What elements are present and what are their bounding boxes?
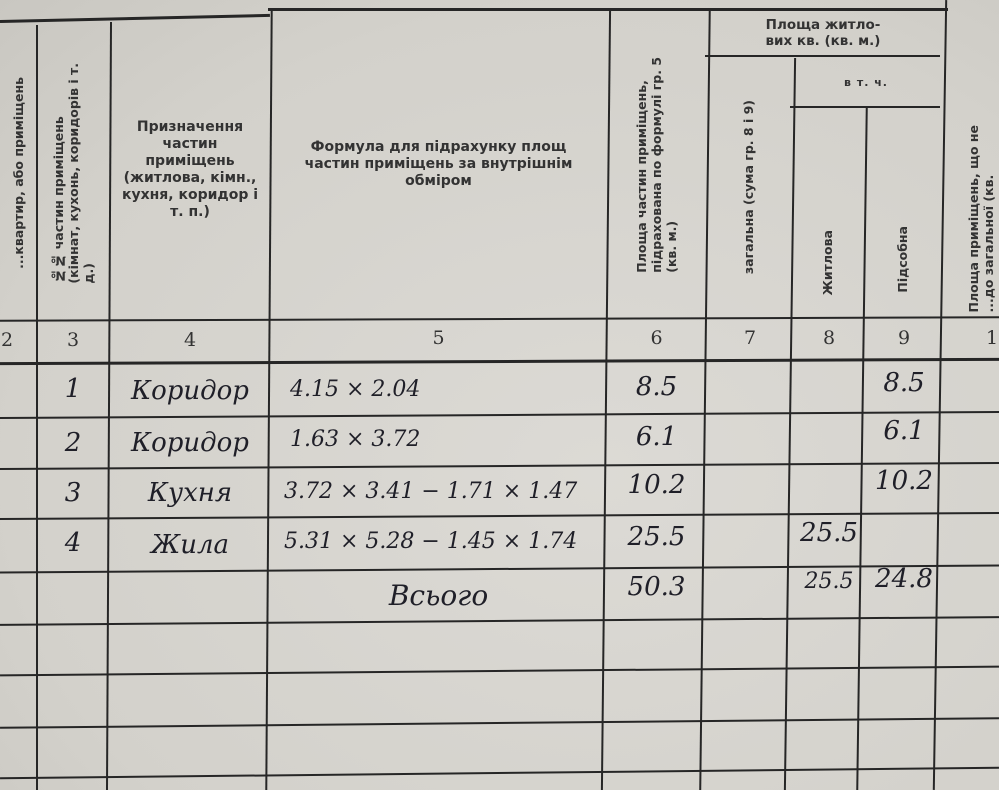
total-auxiliary-area: 24.8 [866, 554, 942, 604]
room-area: 10.2 [609, 460, 704, 510]
room-area-text: 10.2 [628, 470, 686, 500]
room-area-text: 8.5 [636, 372, 677, 402]
total-area: 50.3 [609, 562, 704, 612]
colnum-9: 9 [866, 318, 942, 358]
row-number: 4 [38, 518, 108, 568]
colnum-5: 5 [272, 318, 605, 358]
header-col-10-line1: Площа приміщень, що не [966, 125, 981, 312]
header-group-living-area: Площа житло- вих кв. (кв. м.) [706, 10, 940, 55]
colnum-2-text: 2 [1, 329, 13, 351]
colnum-5-text: 5 [432, 327, 444, 349]
header-col-2: ...квартир, або приміщень [0, 30, 36, 315]
header-col-8: Житлова [792, 110, 862, 315]
header-col-9: Підсобна [864, 110, 940, 315]
colnum-7: 7 [708, 318, 792, 358]
totals-label-text: Всього [389, 579, 488, 612]
row-number: 2 [38, 418, 108, 468]
colnum-3-text: 3 [67, 329, 79, 351]
colnum-2: 2 [0, 320, 22, 360]
group-title-line1: Площа житло- [766, 17, 881, 33]
colnum-8: 8 [794, 318, 864, 358]
header-col-10: Площа приміщень, що не ...до загальної (… [944, 0, 999, 312]
header-col-4: Призначення частин приміщень (житлова, к… [112, 25, 268, 315]
colnum-8-text: 8 [823, 327, 835, 349]
colnum-10-text: 1 [986, 327, 998, 349]
row-number-text: 1 [65, 374, 82, 404]
auxiliary-area: 8.5 [866, 358, 942, 408]
colnum-3: 3 [38, 320, 108, 360]
room-purpose: Коридор [112, 366, 268, 416]
room-purpose: Кухня [112, 468, 268, 518]
colnum-10: 1 [946, 318, 999, 358]
room-area: 25.5 [609, 512, 704, 562]
room-purpose-text: Жила [151, 530, 229, 560]
area-formula: 1.63 × 3.72 [272, 414, 623, 464]
auxiliary-area: 6.1 [866, 406, 942, 456]
group-title-line2: вих кв. (кв. м.) [766, 33, 881, 49]
header-col-6: Площа частин приміщень, підрахована по ф… [609, 12, 704, 317]
area-formula-text: 4.15 × 2.04 [290, 377, 420, 402]
living-area-text: 25.5 [800, 518, 858, 548]
colnum-6-text: 6 [650, 327, 662, 349]
living-area: 25.5 [794, 508, 864, 558]
row-number: 1 [38, 364, 108, 414]
colnum-9-text: 9 [898, 327, 910, 349]
totals-label: Всього [272, 570, 605, 620]
room-area: 6.1 [609, 412, 704, 462]
room-purpose-text: Коридор [131, 428, 249, 458]
area-formula-text: 1.63 × 3.72 [290, 427, 420, 452]
total-living-area-text: 25.5 [805, 569, 854, 594]
header-subgroup: в т. ч. [792, 58, 940, 106]
subgroup-text: в т. ч. [844, 74, 888, 91]
row-line [0, 717, 999, 729]
room-area-text: 25.5 [628, 522, 686, 552]
header-col-5-text: Формула для підрахунку площ частин примі… [286, 139, 591, 190]
room-purpose-text: Коридор [131, 376, 249, 406]
row-line [0, 767, 999, 779]
area-formula-text: 5.31 × 5.28 − 1.45 × 1.74 [284, 529, 577, 554]
total-area-text: 50.3 [628, 572, 686, 602]
area-formula-text: 3.72 × 3.41 − 1.71 × 1.47 [284, 479, 577, 504]
room-purpose: Коридор [112, 418, 268, 468]
colnum-7-text: 7 [744, 327, 756, 349]
header-col-8-text: Житлова [820, 230, 835, 295]
header-col-6-line2: підрахована по формулі гр. 5 [649, 57, 664, 273]
header-col-3-line3: д.) [81, 63, 96, 284]
header-col-6-line3: (кв. м.) [664, 57, 679, 273]
room-area: 8.5 [609, 362, 704, 412]
header-col-3-line1: №№ частин приміщень [51, 63, 66, 284]
row-number-text: 2 [65, 428, 82, 458]
auxiliary-area-text: 8.5 [883, 368, 924, 398]
room-area-text: 6.1 [636, 422, 677, 452]
room-purpose-text: Кухня [148, 478, 232, 508]
header-col-3-line2: (кімнат, кухонь, коридорів і т. [66, 63, 81, 284]
room-purpose: Жила [112, 520, 268, 570]
row-number-text: 3 [65, 478, 82, 508]
area-formula: 3.72 × 3.41 − 1.71 × 1.47 [272, 466, 617, 516]
total-auxiliary-area-text: 24.8 [875, 564, 933, 594]
header-col-5: Формула для підрахунку площ частин примі… [272, 12, 605, 317]
colnum-6: 6 [609, 318, 704, 358]
auxiliary-area: 10.2 [866, 456, 942, 506]
row-number: 3 [38, 468, 108, 518]
colnum-4: 4 [112, 320, 268, 360]
header-col-2-text: ...квартир, або приміщень [11, 77, 26, 269]
table-top-border [0, 14, 270, 23]
document-page: ...квартир, або приміщень №№ частин прим… [0, 0, 999, 790]
header-col-4-text: Призначення частин приміщень (житлова, к… [118, 119, 262, 221]
auxiliary-area-text: 10.2 [875, 466, 933, 496]
header-col-7-text: загальна (сума гр. 8 і 9) [741, 100, 756, 274]
header-col-10-line2: ...до загальної (кв. [981, 125, 996, 312]
row-line [0, 666, 999, 677]
group-header-divider [705, 55, 940, 57]
header-col-7: загальна (сума гр. 8 і 9) [706, 60, 790, 315]
auxiliary-area-text: 6.1 [883, 416, 924, 446]
colnum-4-text: 4 [184, 329, 196, 351]
row-number-text: 4 [65, 528, 82, 558]
header-col-3: №№ частин приміщень (кімнат, кухонь, кор… [38, 28, 108, 318]
area-formula: 4.15 × 2.04 [272, 364, 623, 414]
header-col-9-text: Підсобна [895, 226, 910, 293]
total-living-area: 25.5 [794, 556, 864, 606]
header-col-6-line1: Площа частин приміщень, [634, 57, 649, 273]
area-formula: 5.31 × 5.28 − 1.45 × 1.74 [272, 516, 617, 566]
